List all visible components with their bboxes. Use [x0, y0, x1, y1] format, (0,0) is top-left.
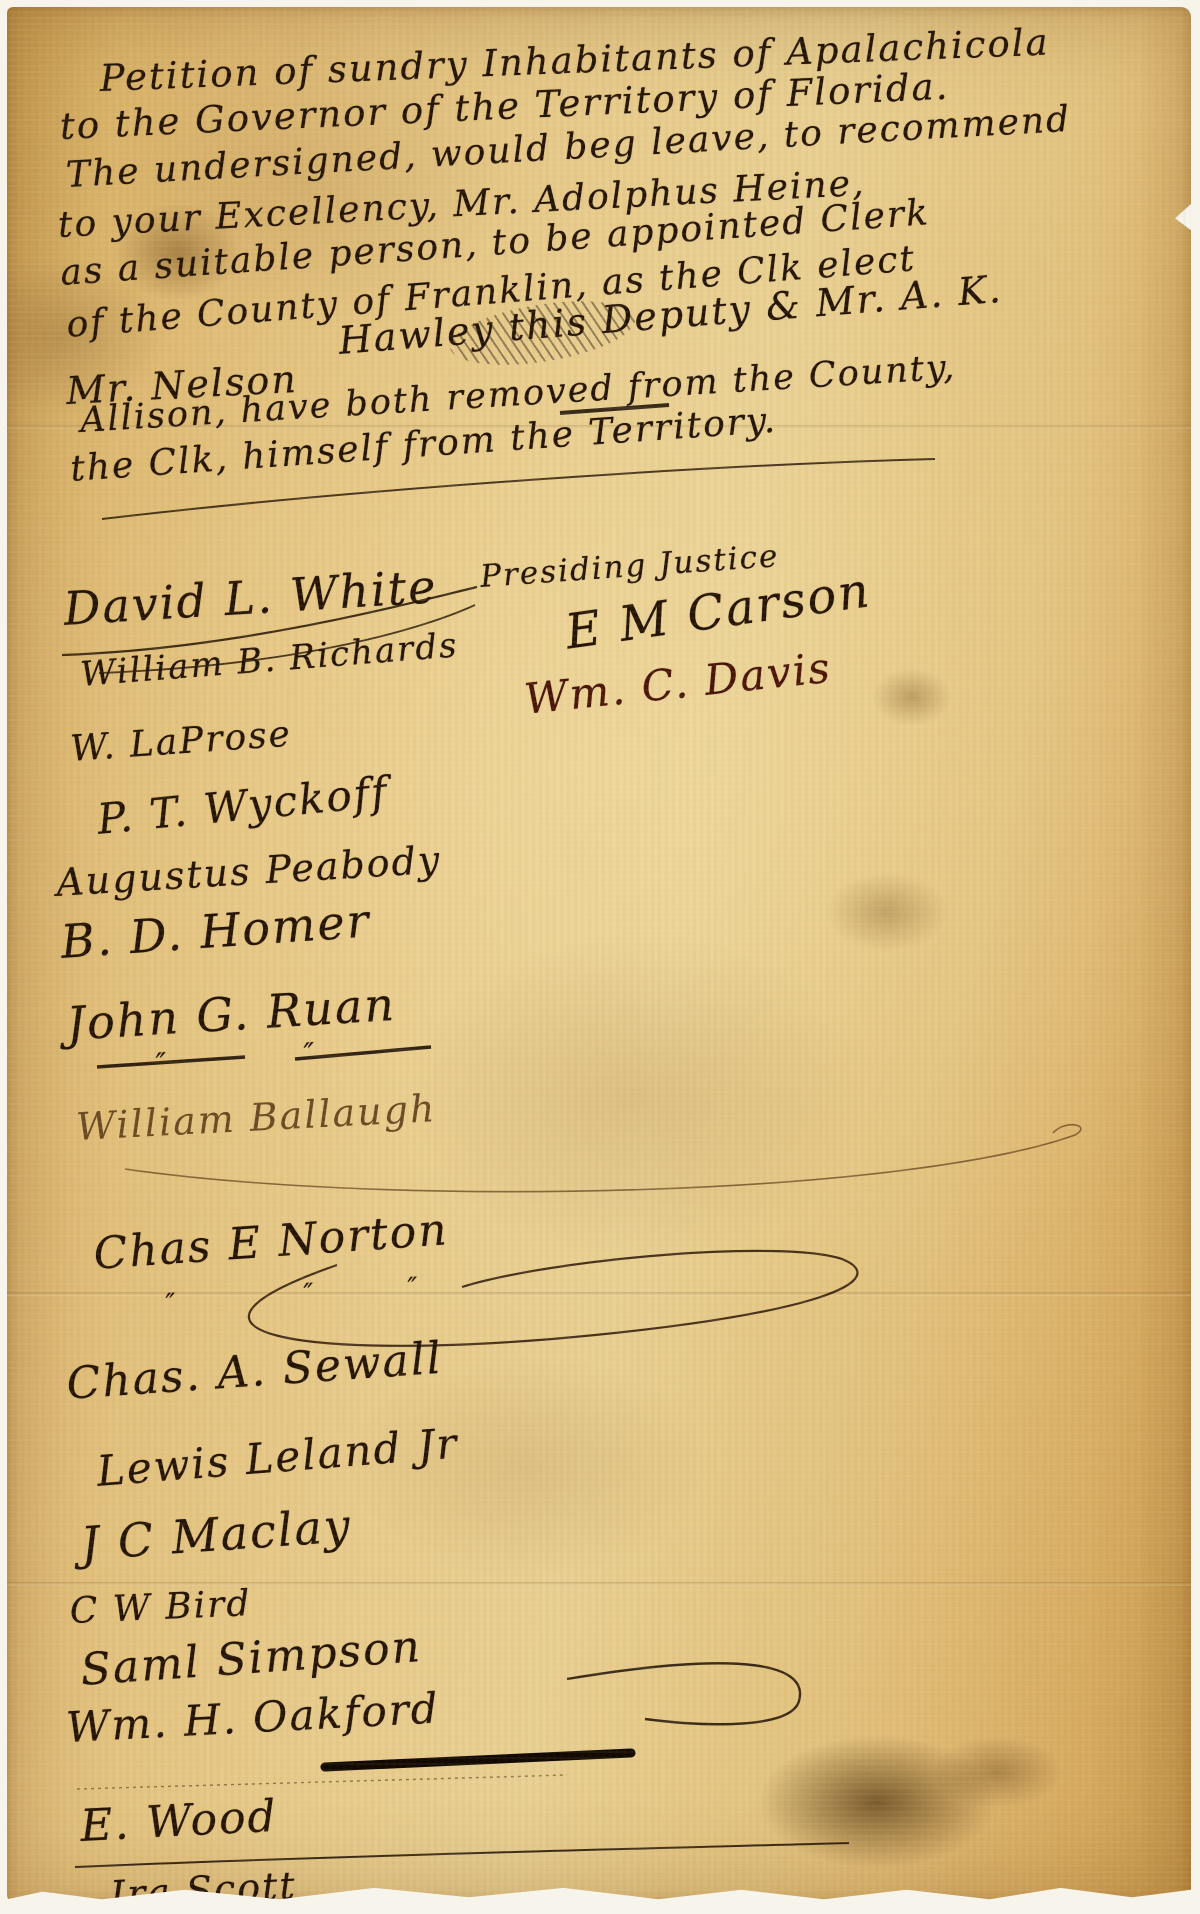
signature-chas-e-norton: Chas E Norton	[92, 1204, 450, 1280]
signature-b-d-homer: B. D. Homer	[59, 893, 372, 969]
signature-william-b-richards: William B. Richards	[79, 625, 460, 695]
signature-david-l-white: David L. White	[62, 559, 439, 636]
ditto-mark: ″	[155, 1046, 169, 1080]
ditto-mark: ″	[303, 1278, 316, 1309]
petition-paper: Petition of sundry Inhabitants of Apalac…	[7, 7, 1191, 1903]
faint-ruled-line	[77, 1775, 567, 1789]
paper-tear-notch	[1172, 203, 1192, 231]
signature-w-laprose: W. LaProse	[69, 714, 293, 770]
signature-j-c-maclay: J C Maclay	[79, 1498, 353, 1571]
signature-ira-scott: Ira Scott	[109, 1863, 298, 1914]
ditto-mark: ″	[165, 1288, 178, 1319]
signature-c-w-bird: C W Bird	[69, 1583, 252, 1632]
fold-crease	[7, 1292, 1191, 1296]
signature-john-g-ruan: John G. Ruan	[65, 977, 397, 1051]
signature-wm-h-oakford: Wm. H. Oakford	[65, 1683, 441, 1751]
signature-chas-a-sewall: Chas. A. Sewall	[65, 1333, 444, 1410]
flourish-norton-loop	[249, 1251, 858, 1346]
flourish-simpson	[567, 1663, 800, 1724]
signature-william-ballaugh: William Ballaugh	[75, 1086, 437, 1149]
signature-saml-simpson: Saml Simpson	[79, 1621, 423, 1696]
signature-lewis-leland-jr: Lewis Leland Jr	[95, 1419, 460, 1496]
signature-e-wood: E. Wood	[79, 1791, 279, 1852]
ditto-mark: ″	[303, 1036, 317, 1070]
underline-oakford-heavy	[325, 1753, 631, 1767]
signature-p-t-wyckoff: P. T. Wyckoff	[95, 767, 391, 844]
underline-wood	[75, 1843, 849, 1867]
signature-augustus-peabody: Augustus Peabody	[55, 837, 443, 904]
ditto-mark: ″	[407, 1272, 420, 1303]
ditto-line-ruan-1	[97, 1057, 245, 1067]
